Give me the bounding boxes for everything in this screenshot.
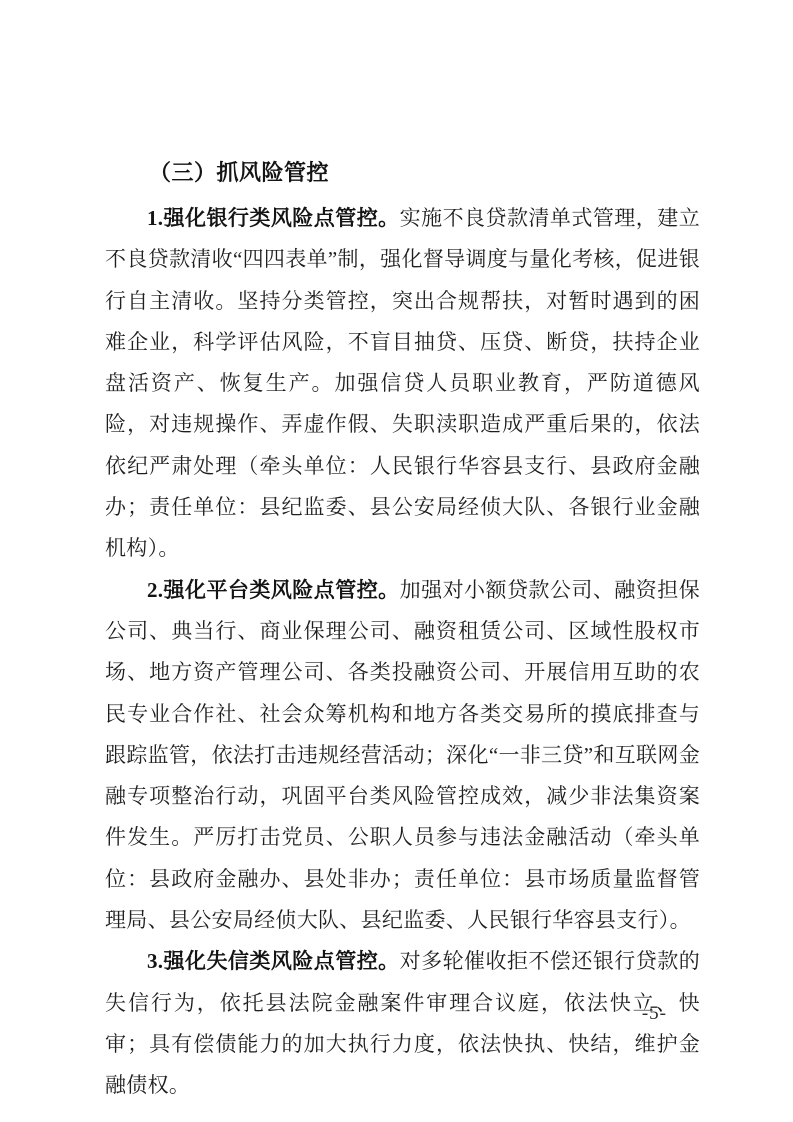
paragraph-lead: 2.强化平台类风险点管控。 bbox=[147, 578, 400, 602]
paragraph-lead: 1.强化银行类风险点管控。 bbox=[147, 206, 400, 230]
document-page: （三）抓风险管控 1.强化银行类风险点管控。实施不良贷款清单式管理，建立不良贷款… bbox=[0, 0, 793, 1122]
paragraph: 2.强化平台类风险点管控。加强对小额贷款公司、融资担保公司、典当行、商业保理公司… bbox=[105, 570, 700, 942]
page-number: -5- bbox=[642, 1000, 667, 1028]
paragraph-container: 1.强化银行类风险点管控。实施不良贷款清单式管理，建立不良贷款清收“四四表单”制… bbox=[105, 198, 700, 1107]
section-heading: （三）抓风险管控 bbox=[105, 152, 700, 193]
paragraph: 1.强化银行类风险点管控。实施不良贷款清单式管理，建立不良贷款清收“四四表单”制… bbox=[105, 198, 700, 570]
paragraph: 3.强化失信类风险点管控。对多轮催收拒不偿还银行贷款的失信行为，依托县法院金融案… bbox=[105, 941, 700, 1106]
paragraph-lead: 3.强化失信类风险点管控。 bbox=[147, 949, 400, 973]
document-body: （三）抓风险管控 1.强化银行类风险点管控。实施不良贷款清单式管理，建立不良贷款… bbox=[105, 152, 700, 1107]
